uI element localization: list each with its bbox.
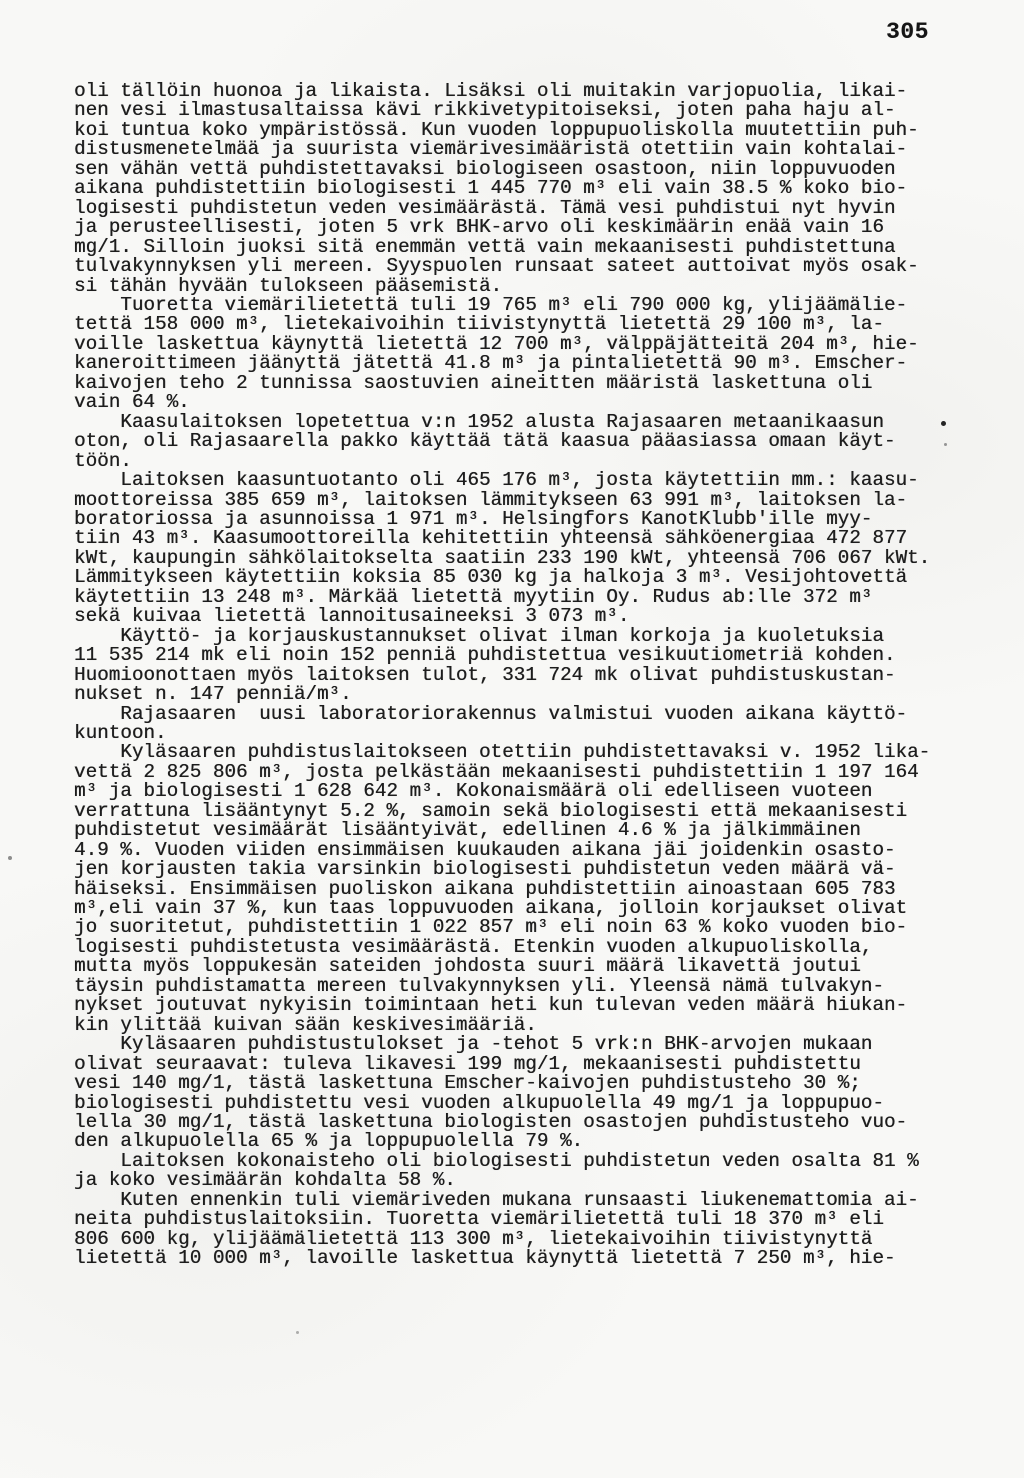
text-line: jen korjausten takia varsinkin biologise… — [74, 860, 930, 879]
ink-speck — [944, 443, 947, 446]
text-line: lietettä 10 000 m³, lavoille laskettua k… — [74, 1249, 930, 1268]
ink-speck — [8, 856, 12, 860]
page-number: 305 — [886, 20, 929, 44]
text-line: sekä kuivaa lietettä lannoitusaineeksi 3… — [74, 607, 930, 626]
text-line: vain 64 %. — [74, 393, 930, 412]
ink-speck — [941, 421, 946, 426]
text-line: nykset joutuvat nykyisin toimintaan heti… — [74, 996, 930, 1015]
text-line: den alkupuolella 65 % ja loppupuolella 7… — [74, 1132, 930, 1151]
text-line: kaneroittimeen jäänyttä jätettä 41.8 m³ … — [74, 354, 930, 373]
text-line: neita puhdistuslaitoksiin. Tuoretta viem… — [74, 1210, 930, 1229]
text-line: Laitoksen kaasuntuotanto oli 465 176 m³,… — [74, 471, 930, 490]
text-line: vesi 140 mg/1, tästä laskettuna Emscher-… — [74, 1074, 930, 1093]
text-line: Kyläsaaren puhdistuslaitokseen otettiin … — [74, 743, 930, 762]
text-line: 11 535 214 mk eli noin 152 penniä puhdis… — [74, 646, 930, 665]
text-line: aikana puhdistettiin biologisesti 1 445 … — [74, 179, 930, 198]
text-line: Lämmitykseen käytettiin koksia 85 030 kg… — [74, 568, 930, 587]
text-line: Kyläsaaren puhdistustulokset ja -tehot 5… — [74, 1035, 930, 1054]
text-line: nukset n. 147 penniä/m³. — [74, 685, 930, 704]
ink-speck — [296, 1331, 299, 1334]
text-line: m³ ja biologisesti 1 628 642 m³. Kokonai… — [74, 782, 930, 801]
text-line: puhdistetut vesimäärät lisääntyivät, ede… — [74, 821, 930, 840]
text-line: ja perusteellisesti, joten 5 vrk BHK-arv… — [74, 218, 930, 237]
text-line: tettä 158 000 m³, lietekaivoihin tiivist… — [74, 315, 930, 334]
text-line: mutta myös loppukesän sateiden johdosta … — [74, 957, 930, 976]
text-line: Rajasaaren uusi laboratoriorakennus valm… — [74, 705, 930, 724]
text-line: kaivojen teho 2 tunnissa saostuvien aine… — [74, 374, 930, 393]
text-line: tiin 43 m³. Kaasumoottoreilla kehitettii… — [74, 529, 930, 548]
text-line: oton, oli Rajasaarella pakko käyttää tät… — [74, 432, 930, 451]
text-line: nen vesi ilmastusaltaissa kävi rikkivety… — [74, 101, 930, 120]
text-line: tulvakynnyksen yli mereen. Syyspuolen ru… — [74, 257, 930, 276]
text-line: distusmenetelmää ja suurista viemärivesi… — [74, 140, 930, 159]
body-text: oli tällöin huonoa ja likaista. Lisäksi … — [74, 82, 930, 1269]
text-line: ja koko vesimäärän kohdalta 58 %. — [74, 1171, 930, 1190]
